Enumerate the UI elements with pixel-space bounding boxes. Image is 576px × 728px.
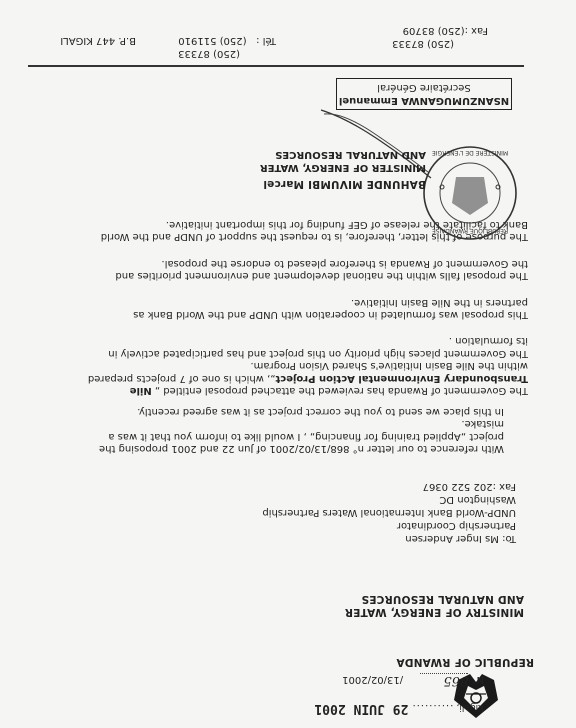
signatory-title-line: MINISTER OF ENERGY, WATER bbox=[260, 161, 426, 174]
secretary-general-box: NSANZUMUGANWA Emmanuel Secrétaire Généra… bbox=[336, 78, 512, 110]
recipient-line: Fax :202 522 0367 bbox=[262, 480, 516, 493]
tel-label: Tél : bbox=[256, 35, 276, 46]
scanned-letter-page: REPUBLIC OF RWANDA MINISTRY OF ENERGY, W… bbox=[0, 0, 576, 728]
body-line: Transboundary Environmental Action Proje… bbox=[88, 371, 528, 383]
body-line: The Government of Rwanda has reviewed th… bbox=[88, 384, 528, 396]
body-text: The Government of Rwanda has reviewed th… bbox=[152, 385, 528, 396]
reference-number: N° 865 /13/02/2001 bbox=[342, 673, 484, 686]
date-stamp: 29 JUIN 2001 bbox=[314, 701, 408, 716]
country-name: REPUBLIC OF RWANDA bbox=[384, 655, 534, 668]
signatory-title: MINISTER OF ENERGY, WATER AND NATURAL RE… bbox=[260, 148, 426, 174]
fax-block: (250) 87333 Fax :(250) 83709 bbox=[392, 24, 488, 50]
body-line: partners in the Nile Basin Initiative. bbox=[88, 295, 528, 307]
recipient-block: To: Ms Inger Andersen Partnership Coordi… bbox=[262, 480, 516, 545]
postal-address: B.P. 447 KIGALI bbox=[60, 34, 136, 47]
paragraph-2: The Government of Rwanda has reviewed th… bbox=[88, 334, 528, 396]
body-line: mistake. bbox=[64, 417, 504, 429]
body-line: the Government of Rwanda is therefore pl… bbox=[88, 256, 528, 268]
paragraph-4: The proposal falls within the national d… bbox=[88, 256, 528, 281]
body-line: its formulation . bbox=[88, 334, 528, 346]
secretary-title: Secrétaire Général bbox=[337, 81, 511, 94]
body-line: In this place we send to you the correct… bbox=[64, 404, 504, 416]
signatory-name: BAHUNDE MIVUMBI Marcel bbox=[263, 177, 426, 190]
tel-number-2: (250) 87333 bbox=[178, 47, 276, 60]
body-line: project „Applied training for financing„… bbox=[64, 429, 504, 441]
recipient-line: Partnership Coordinator bbox=[262, 519, 516, 532]
recipient-line: To: Ms Inger Andersen bbox=[262, 532, 516, 545]
recipient-line: UNDP-World Bank International Waters Par… bbox=[262, 506, 516, 519]
handwritten-number: 865 bbox=[420, 673, 468, 686]
date-line: Kigali, .......... 29 JUIN 2001 bbox=[314, 701, 484, 714]
tel-block: (250) 87333 Tél : (250) 511910 bbox=[178, 34, 276, 60]
recipient-line: Washington DC bbox=[262, 493, 516, 506]
secretary-name: NSANZUMUGANWA Emmanuel bbox=[337, 94, 511, 107]
place-label: Kigali, bbox=[457, 702, 485, 712]
fax-label: Fax : bbox=[465, 25, 488, 36]
body-line: The Government places high priority on t… bbox=[88, 346, 528, 358]
fax-number-2: (250) 87333 bbox=[392, 37, 488, 50]
paragraph-3: This proposal was formulated in cooperat… bbox=[88, 295, 528, 320]
number-label: N° bbox=[472, 674, 484, 685]
tel-number-1: (250) 511910 bbox=[178, 35, 246, 46]
signatory-title-line: AND NATURAL RESOURCES bbox=[260, 148, 426, 161]
body-text: „, which is one of 7 projects prepared bbox=[88, 373, 276, 384]
svg-text:REPUBLIQUE RWANDAISE: REPUBLIQUE RWANDAISE bbox=[432, 227, 508, 234]
project-name-bold: Nile bbox=[130, 385, 152, 396]
body-line: With reference to our letter n° 868/13/0… bbox=[64, 442, 504, 454]
number-suffix: /13/02/2001 bbox=[342, 674, 403, 685]
body-line: The proposal falls within the national d… bbox=[88, 269, 528, 281]
svg-text:MINISTERE DE L'ENERGIE: MINISTERE DE L'ENERGIE bbox=[432, 149, 508, 156]
project-name-bold: Transboundary Environmental Action Proje… bbox=[275, 373, 528, 384]
body-line: This proposal was formulated in cooperat… bbox=[88, 308, 528, 320]
paragraph-1: With reference to our letter n° 868/13/0… bbox=[64, 404, 504, 454]
footer-divider bbox=[28, 65, 524, 67]
fax-number-1: (250) 83709 bbox=[403, 25, 465, 36]
ministry-line1: MINISTRY OF ENERGY, WATER bbox=[345, 605, 524, 618]
body-line: within the Nile Basin Initiative's Share… bbox=[88, 359, 528, 371]
ministry-line2: AND NATURAL RESOURCES bbox=[361, 592, 524, 605]
